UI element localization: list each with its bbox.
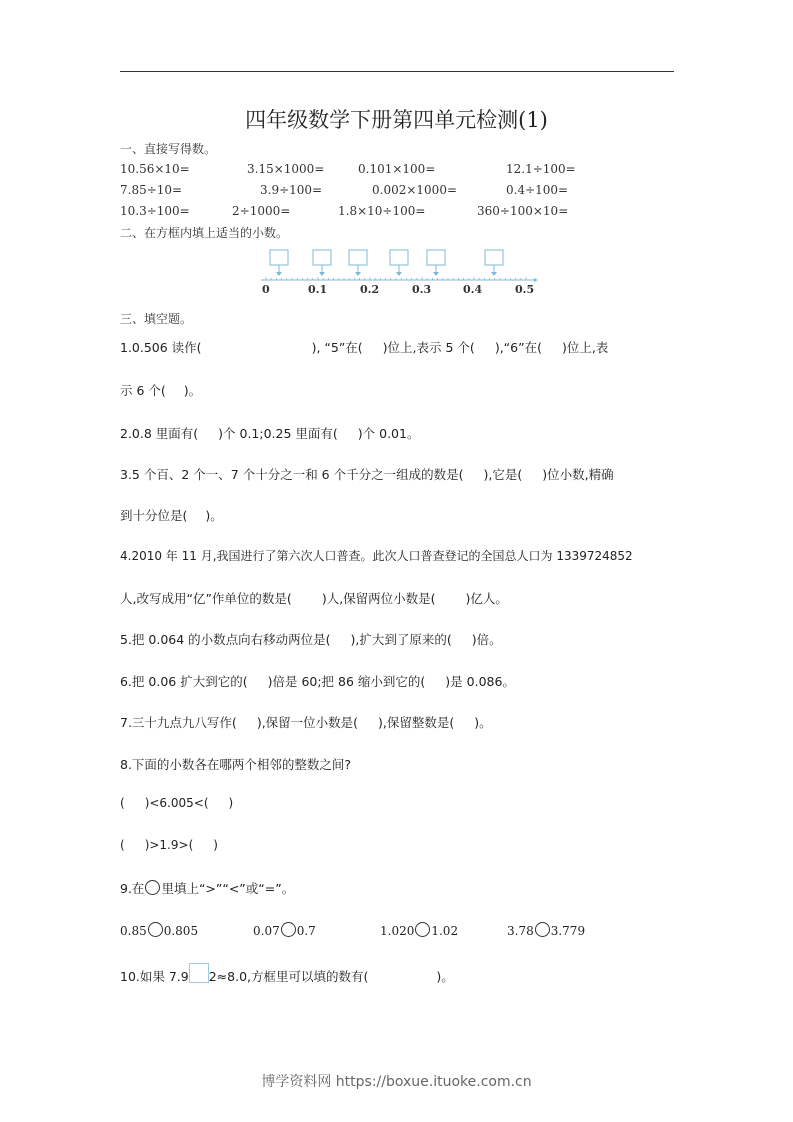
question-3-cont: 到十分位是()。 (120, 506, 223, 524)
question-7: 7.三十九点九八写作(),保留一位小数是(),保留整数是()。 (120, 713, 492, 731)
q-text: )倍是 60;把 86 缩小到它的( (268, 674, 426, 689)
page-title: 四年级数学下册第四单元检测(1) (0, 104, 793, 134)
q-text: ), “5”在( (312, 340, 363, 355)
q-text: )。 (184, 383, 201, 398)
axis-label: 0 (262, 283, 270, 296)
axis-label: 0.2 (360, 283, 379, 296)
calc-row: 10.3÷100= 2÷1000= 1.8×10÷100= 360÷100×10… (120, 204, 680, 220)
q-text: 示 6 个( (120, 383, 166, 398)
question-4-cont: 人,改写成用“亿”作单位的数是()人,保留两位小数是()亿人。 (120, 589, 508, 607)
right-value: 3.779 (551, 924, 585, 938)
compare-circle-input[interactable] (148, 922, 163, 937)
q-text: )位上,表 (562, 340, 608, 355)
calc-row: 10.56×10= 3.15×1000= 0.101×100= 12.1÷100… (120, 162, 680, 178)
q-text: ( (120, 796, 125, 810)
question-8-line-1: ()<6.005<() (120, 796, 233, 810)
circle-icon (145, 880, 160, 895)
question-1-cont: 示 6 个()。 (120, 381, 201, 399)
q-text: 里填上“>”“<”或“=”。 (161, 881, 294, 896)
question-6: 6.把 0.06 扩大到它的()倍是 60;把 86 缩小到它的()是 0.08… (120, 672, 515, 690)
axis-label: 0.3 (412, 283, 431, 296)
calc-item: 0.101×100= (358, 162, 435, 176)
q-text: 1.0.506 读作( (120, 340, 202, 355)
q-text: 10.如果 7.9 (120, 969, 189, 984)
calc-item: 10.3÷100= (120, 204, 190, 218)
compare-pair: 0.850.805 (120, 922, 198, 938)
q-text: )。 (205, 508, 222, 523)
question-5: 5.把 0.064 的小数点向右移动两位是(),扩大到了原来的()倍。 (120, 630, 502, 648)
q-text: )个 0.1;0.25 里面有( (218, 426, 338, 441)
q-text: )。 (436, 969, 453, 984)
q-text: 2.0.8 里面有( (120, 426, 198, 441)
calc-row: 7.85÷10= 3.9÷100= 0.002×1000= 0.4÷100= (120, 183, 680, 199)
q-text: 人,改写成用“亿”作单位的数是( (120, 591, 292, 606)
q-text: ),“6”在( (495, 340, 542, 355)
question-1: 1.0.506 读作(), “5”在()位上,表示 5 个(),“6”在()位上… (120, 338, 608, 356)
compare-circle-input[interactable] (535, 922, 550, 937)
q-text: 4.2010 年 11 月,我国进行了第六次人口普查。此次人口普查登记的全国总人… (120, 549, 633, 563)
header-rule (120, 71, 674, 72)
question-2: 2.0.8 里面有()个 0.1;0.25 里面有()个 0.01。 (120, 424, 419, 442)
section2-heading: 二、在方框内填上适当的小数。 (120, 224, 288, 241)
q-text: )个 0.01。 (358, 426, 420, 441)
question-8-line-2: ()>1.9>() (120, 838, 218, 852)
q-text: 2≈8.0,方框里可以填的数有( (209, 969, 369, 984)
section1-heading: 一、直接写得数。 (120, 140, 216, 157)
q-text: 8.下面的小数各在哪两个相邻的整数之间? (120, 757, 351, 772)
q-text: )位上,表示 5 个( (383, 340, 475, 355)
q-text: ) (213, 838, 218, 852)
q-text: 3.5 个百、2 个一、7 个十分之一和 6 个千分之一组成的数是( (120, 467, 463, 482)
axis-label: 0.5 (515, 283, 534, 296)
calc-item: 7.85÷10= (120, 183, 182, 197)
q-text: )。 (474, 715, 491, 730)
calc-item: 12.1÷100= (506, 162, 576, 176)
q-text: 9.在 (120, 881, 144, 896)
calc-item: 0.4÷100= (506, 183, 568, 197)
compare-pair: 1.0201.02 (380, 922, 458, 938)
footer-watermark: 博学资料网 https://boxue.ituoke.com.cn (0, 1071, 793, 1091)
question-10: 10.如果 7.92≈8.0,方框里可以填的数有()。 (120, 963, 454, 985)
axis-label: 0.4 (463, 283, 482, 296)
q-text: )是 0.086。 (445, 674, 515, 689)
compare-circle-input[interactable] (281, 922, 296, 937)
left-value: 0.85 (120, 924, 147, 938)
q-text: ),它是( (483, 467, 522, 482)
calc-item: 3.9÷100= (260, 183, 322, 197)
q-text: )>1.9>( (145, 838, 194, 852)
compare-pair: 3.783.779 (507, 922, 585, 938)
q-text: ( (120, 838, 125, 852)
question-8: 8.下面的小数各在哪两个相邻的整数之间? (120, 755, 351, 773)
calc-item: 1.8×10÷100= (338, 204, 425, 218)
q-text: )人,保留两位小数是( (322, 591, 436, 606)
number-line-figure: 0 0.1 0.2 0.3 0.4 0.5 (258, 248, 548, 298)
left-value: 3.78 (507, 924, 534, 938)
section3-heading: 三、填空题。 (120, 310, 192, 327)
q-text: 7.三十九点九八写作( (120, 715, 237, 730)
q-text: )倍。 (472, 632, 502, 647)
calc-item: 3.15×1000= (247, 162, 324, 176)
q-text: ),扩大到了原来的( (351, 632, 452, 647)
q-text: 到十分位是( (120, 508, 187, 523)
calc-item: 10.56×10= (120, 162, 190, 176)
right-value: 1.02 (431, 924, 458, 938)
q-text: )亿人。 (466, 591, 508, 606)
question-3: 3.5 个百、2 个一、7 个十分之一和 6 个千分之一组成的数是(),它是()… (120, 465, 614, 483)
compare-pair: 0.070.7 (253, 922, 316, 938)
left-value: 0.07 (253, 924, 280, 938)
calc-item: 0.002×1000= (372, 183, 457, 197)
q-text: ),保留一位小数是( (257, 715, 358, 730)
calc-item: 360÷100×10= (477, 204, 568, 218)
question-4: 4.2010 年 11 月,我国进行了第六次人口普查。此次人口普查登记的全国总人… (120, 547, 633, 564)
q-text: ) (229, 796, 234, 810)
right-value: 0.7 (297, 924, 316, 938)
question-9: 9.在里填上“>”“<”或“=”。 (120, 879, 294, 897)
q-text: 5.把 0.064 的小数点向右移动两位是( (120, 632, 331, 647)
right-value: 0.805 (164, 924, 198, 938)
left-value: 1.020 (380, 924, 414, 938)
q-text: ),保留整数是( (378, 715, 454, 730)
axis-label: 0.1 (308, 283, 327, 296)
digit-box-input[interactable] (189, 963, 209, 983)
compare-circle-input[interactable] (415, 922, 430, 937)
calc-item: 2÷1000= (232, 204, 290, 218)
q-text: )<6.005<( (145, 796, 209, 810)
q-text: )位小数,精确 (542, 467, 613, 482)
question-9-pairs: 0.850.805 0.070.7 1.0201.02 3.783.779 (120, 922, 680, 940)
q-text: 6.把 0.06 扩大到它的( (120, 674, 248, 689)
